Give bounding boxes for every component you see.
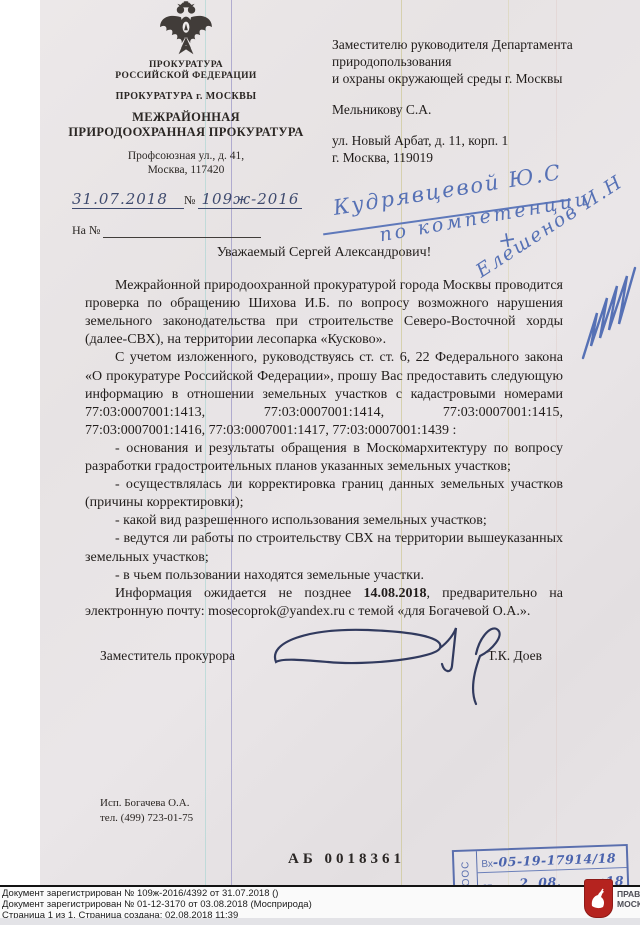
st-george-rider-icon xyxy=(589,886,607,910)
prosecutor-signature xyxy=(248,614,508,710)
org-address-line1: Профсоюзная ул., д. 41, xyxy=(58,149,314,163)
date-number-row: 31.07.2018№ 109ж-2016 xyxy=(58,190,314,209)
moscow-logo-text: ПРАВИТ МОСК xyxy=(617,889,640,909)
org-address-line2: Москва, 117420 xyxy=(58,163,314,177)
greeting: Уважаемый Сергей Александрович! xyxy=(85,244,563,262)
request-item: - в чьем пользовании находятся земельные… xyxy=(85,567,563,585)
form-blank-number: АБ 0018361 xyxy=(288,851,405,868)
executor-block: Исп. Богачева О.А. тел. (499) 723-01-75 xyxy=(100,796,193,825)
footer-registration-line2: Документ зарегистрирован № 01-12-3170 от… xyxy=(0,900,640,911)
addressee-dept-line1: Заместителю руководителя Департамента xyxy=(332,36,634,53)
scanned-letter-page: ПРОКУРАТУРА РОССИЙСКОЙ ФЕДЕРАЦИИ ПРОКУРА… xyxy=(0,0,640,925)
deadline-text-pre: Информация ожидается не позднее xyxy=(115,586,363,601)
org-city: ПРОКУРАТУРА г. МОСКВЫ xyxy=(58,91,314,102)
org-name-line2: ПРИРОДООХРАННАЯ ПРОКУРАТУРА xyxy=(58,125,314,140)
letter-body: Уважаемый Сергей Александрович! Межрайон… xyxy=(85,244,563,621)
scan-bottom-strip xyxy=(0,918,640,925)
registration-footer: Документ зарегистрирован № 109ж-2016/439… xyxy=(0,885,640,918)
signer-title: Заместитель прокурора xyxy=(100,648,235,663)
org-name-line1: МЕЖРАЙОННАЯ xyxy=(58,110,314,125)
signature-row: Заместитель прокурора Т.К. Доев xyxy=(100,648,600,664)
moscow-logo-text-line1: ПРАВИТ xyxy=(617,889,640,899)
addressee-dept-line3: и охраны окружающей среды г. Москвы xyxy=(332,70,634,87)
stamp-in-label: Вх xyxy=(481,859,493,870)
handwritten-signature-scribble xyxy=(575,258,640,368)
reference-row: На № xyxy=(58,223,314,238)
reference-label: На № xyxy=(72,223,100,237)
handwritten-number: 109ж-2016 xyxy=(198,190,302,209)
org-country-line2: РОССИЙСКОЙ ФЕДЕРАЦИИ xyxy=(58,71,314,82)
addressee-address-line2: г. Москва, 119019 xyxy=(332,149,634,166)
paragraph-request: С учетом изложенного, руководствуясь ст.… xyxy=(85,349,563,439)
moscow-government-logo: ПРАВИТ МОСК xyxy=(584,879,640,918)
deadline-date: 14.08.2018 xyxy=(363,586,426,601)
addressee-block: Заместителю руководителя Департамента пр… xyxy=(332,36,634,166)
addressee-dept-line2: природопользования xyxy=(332,53,634,70)
addressee-address-line1: ул. Новый Арбат, д. 11, корп. 1 xyxy=(332,132,634,149)
request-item: - ведутся ли работы по строительству СВХ… xyxy=(85,530,563,566)
request-item: - основания и результаты обращения в Мос… xyxy=(85,440,563,476)
executor-name: Исп. Богачева О.А. xyxy=(100,796,193,811)
request-item: - какой вид разрешенного использования з… xyxy=(85,512,563,530)
executor-phone: тел. (499) 723-01-75 xyxy=(100,811,193,826)
org-country-line1: ПРОКУРАТУРА xyxy=(58,60,314,71)
moscow-coat-of-arms-icon xyxy=(584,879,613,918)
moscow-logo-text-line2: МОСК xyxy=(617,899,640,909)
stamp-handwritten-number: -05-19-17914/18 xyxy=(493,851,617,870)
russia-coat-of-arms-icon xyxy=(155,0,217,58)
request-item: - осуществлялась ли корректировка границ… xyxy=(85,476,563,512)
handwritten-date: 31.07.2018 xyxy=(72,190,184,209)
letterhead: ПРОКУРАТУРА РОССИЙСКОЙ ФЕДЕРАЦИИ ПРОКУРА… xyxy=(58,0,314,238)
reference-blank-line xyxy=(103,225,261,238)
paragraph-intro: Межрайонной природоохранной прокуратурой… xyxy=(85,277,563,349)
number-sign: № xyxy=(184,193,195,207)
addressee-name: Мельникову С.А. xyxy=(332,101,634,118)
